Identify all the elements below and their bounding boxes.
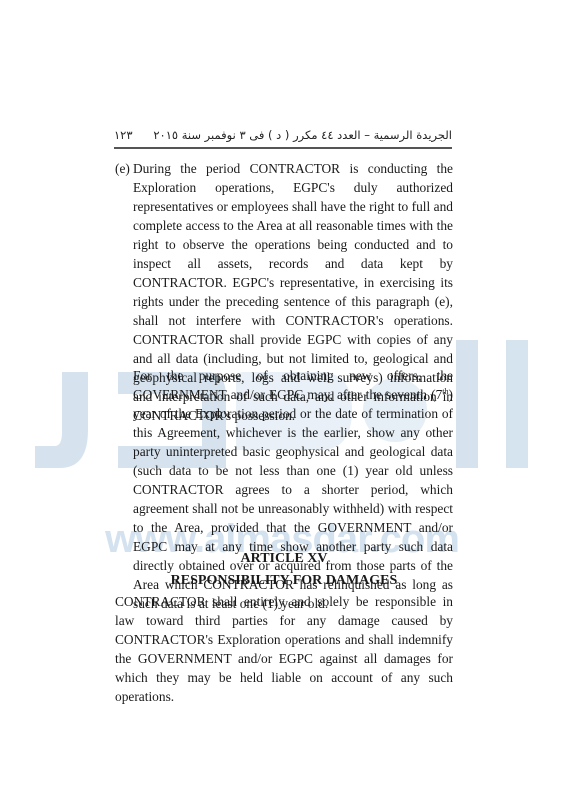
paragraph-damages: CONTRACTOR shall entirely and solely be … [115,592,453,706]
document-page: الجريدة الرسمية – العدد ٤٤ مكرر ( د ) فى… [0,0,566,800]
article-title: RESPONSIBILITY FOR DAMAGES [115,571,453,590]
gazette-title: الجريدة الرسمية – العدد ٤٤ مكرر ( د ) فى… [153,128,452,142]
header-divider [114,147,452,149]
page-number: ١٢٣ [114,128,133,142]
article-number: ARTICLE XV [115,549,453,568]
running-header: الجريدة الرسمية – العدد ٤٤ مكرر ( د ) فى… [114,126,452,146]
paragraph-label-e: (e) [115,159,130,178]
paragraph-new-offers-part1: For the purpose of obtaining new offers,… [133,368,453,402]
